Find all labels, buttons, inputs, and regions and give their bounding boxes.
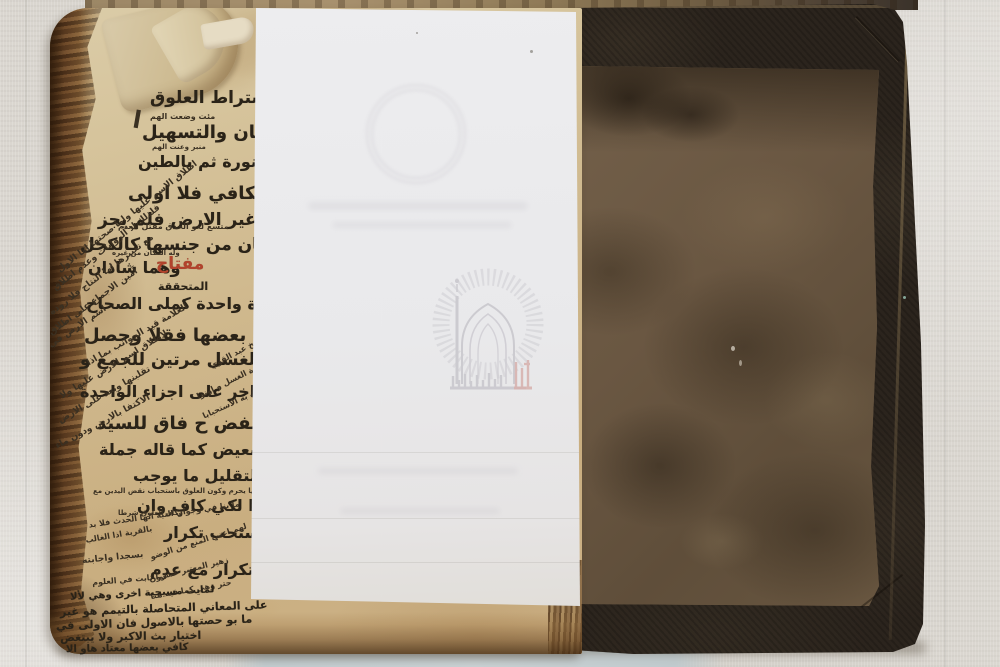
show-through-smudge [332,222,512,228]
paper-crease [248,562,584,563]
show-through-smudge [340,508,500,514]
minaret-finial [455,279,459,283]
paper-crease [248,452,584,453]
manuscript-text-line: كافي بعضها معتاد هاو الا [66,642,189,655]
white-insert-sheet [248,6,584,608]
show-through-stamp [366,84,466,184]
paper-speck [530,50,533,53]
show-through-smudge [318,468,518,474]
paper-crease [248,518,584,519]
kufic-base-accent [514,360,532,388]
paper-speck [416,32,418,34]
show-through-smudge [308,202,528,210]
manuscript-photograph: يتعن ولا اشتراط العلوقض الامتنان والتسهي… [0,0,1000,667]
mosque-sunburst-watermark-icon [426,260,550,408]
